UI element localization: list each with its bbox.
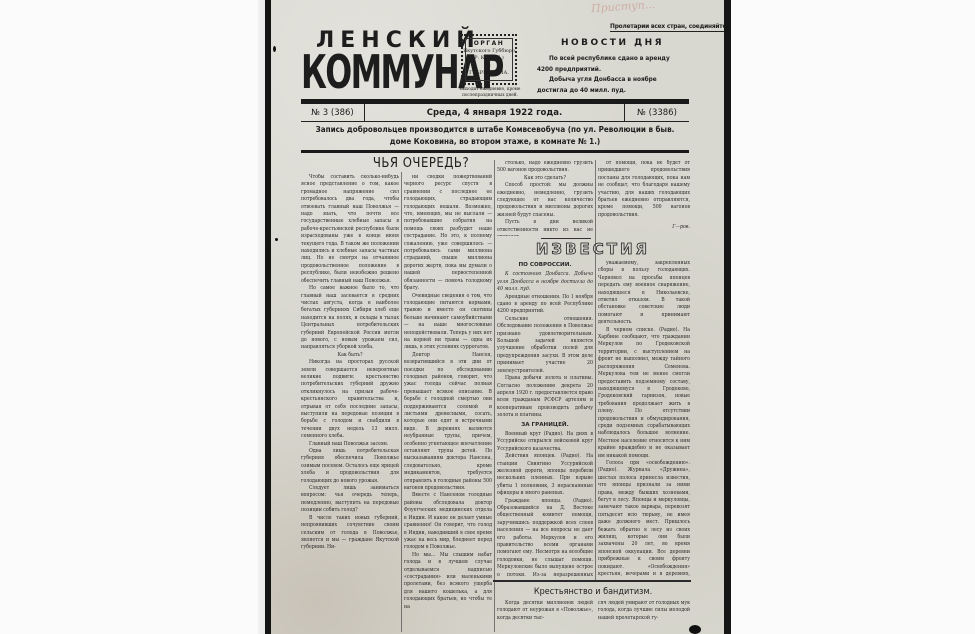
paragraph: Вместе с Нансеном голодные районы обслед… <box>404 492 492 551</box>
article-column-1: Чтобы составить сколько-нибудь ясное пре… <box>301 174 399 632</box>
paragraph: Главный наш Поволжья засеян. <box>301 441 399 448</box>
paragraph: Следует лишь заниматься вопросом: чья оч… <box>301 485 399 515</box>
slogan: Пролетарии всех стран, соединяйтесь! <box>610 22 724 32</box>
izvestiya-column-right: уважаемому, закрепленных сборы в пользу … <box>598 260 690 578</box>
izvestiya-column-left: ПО СОВРОССИИ. К состоянию Донбасса. Добы… <box>497 260 593 578</box>
paragraph: Чтобы составить сколько-нибудь ясное пре… <box>301 174 399 285</box>
section-rule <box>541 238 591 239</box>
paragraph: Но мы... Мы слышим набат голода и в лучш… <box>404 552 492 611</box>
bottom-article-column-right: сяч людей умирают от голодных мук голода… <box>598 600 690 634</box>
article-title: ЧЬЯ ОЧЕРЕДЬ? <box>351 156 491 171</box>
news-paragraph: Голоса при «освобождению». (Радио). Журн… <box>598 460 690 578</box>
publication-note: Выходит ежедневно, кроме послепраздничны… <box>458 86 522 97</box>
scan-speck <box>689 625 701 634</box>
news-paragraph: Военный круг (Радио). На днях в Уссурийс… <box>497 431 593 453</box>
organ-line: Р. К. П. (б.) <box>463 55 515 63</box>
organ-line: ГУБРЕВКОМА. <box>463 70 515 78</box>
paragraph: Доктор Нансен, возвратившийся в эти дни … <box>404 352 492 493</box>
issue-number-left: № 3 (386) <box>301 104 365 121</box>
issue-date: Среда, 4 января 1922 года. <box>365 104 625 121</box>
column-divider <box>595 160 596 580</box>
issue-number-right: № (3386) <box>625 104 689 121</box>
notice-rule <box>301 150 689 153</box>
archive-stamp: Приступ... <box>591 0 656 15</box>
article-column-2: ни сводки пожертвований черного ресурс с… <box>404 174 492 632</box>
organ-title: ОРГАН <box>463 40 515 48</box>
izvestiya-title: ИЗВЕСТИЯ <box>493 240 693 258</box>
notice-line: доме Коковина, во втором этаже, в комнат… <box>301 136 689 148</box>
paragraph: Очевидные сведения о том, что голодающие… <box>404 293 492 352</box>
paragraph: сяч людей умирают от голодных мук голода… <box>598 600 690 622</box>
issue-bar: № 3 (386) Среда, 4 января 1922 года. № (… <box>301 104 689 121</box>
scan-speck <box>275 238 278 241</box>
paragraph: Способ простой: мы должны ежедневно, нем… <box>497 182 593 219</box>
column-divider <box>494 160 495 632</box>
column-divider <box>401 172 402 632</box>
news-paragraph: В черном списке. (Радио). На Харбине соо… <box>598 327 690 460</box>
notice-line: Запись добровольцев производится в штабе… <box>301 124 689 136</box>
news-of-day-title: НОВОСТИ ДНЯ <box>561 38 664 48</box>
issue-bar-rule <box>301 121 689 122</box>
paragraph: Но самое важное было то, что главный наш… <box>301 285 399 352</box>
article-signature: Г—ров. <box>598 224 690 231</box>
bottom-article-column-left: Когда десятки миллионов людей голодают о… <box>497 600 593 634</box>
news-item: Добыча угля Донбасса в ноябре достигла д… <box>537 74 682 96</box>
scan-speck <box>273 46 276 52</box>
news-paragraph: Права добычи золота и платины. Согласно … <box>497 375 593 419</box>
section-subheading: ЗА ГРАНИЦЕЙ. <box>497 422 593 429</box>
news-paragraph: уважаемому, закрепленных сборы в пользу … <box>598 260 690 327</box>
news-paragraph: Граждане японцы. (Радио). Образовавшийся… <box>497 498 593 578</box>
organ-line: и <box>463 63 515 71</box>
news-paragraph: Арендные отношения. По 1 ноября сдано в … <box>497 294 593 316</box>
paragraph: ни сводки пожертвований черного ресурс с… <box>404 174 492 293</box>
article-column-3: столько, надо ежедневно грузить 500 ваго… <box>497 160 593 236</box>
volunteer-notice: Запись добровольцев производится в штабе… <box>301 124 689 148</box>
organ-line: Якутского Губбюро <box>463 48 515 56</box>
bottom-article-title: Крестьянство и бандитизм. <box>493 587 693 597</box>
section-subheading: ПО СОВРОССИИ. <box>497 262 593 269</box>
paragraph: Как быть? <box>301 352 399 359</box>
paragraph: Одна лишь потребительская губерния обесп… <box>301 448 399 485</box>
paragraph: В числе таких новых губерний, непроявивш… <box>301 515 399 552</box>
news-item: По всей республике сдано в аренду 4200 п… <box>537 53 682 75</box>
paragraph: Пусть в дни великой ответственности никт… <box>497 219 593 236</box>
organ-box: ОРГАН Якутского Губбюро Р. К. П. (б.) и … <box>461 34 517 85</box>
news-paragraph: Сельские отношения. Обследование положен… <box>497 316 593 375</box>
paragraph: Никогда на просторах русской земли совер… <box>301 359 399 440</box>
bottom-section-rule <box>493 580 691 582</box>
news-paragraph: К состоянию Донбасса. Добыча угля Донбас… <box>497 271 593 293</box>
scan-border-right <box>724 0 731 634</box>
paragraph: от помощи, пока не будет от пришедшего п… <box>598 160 690 219</box>
article-column-4: от помощи, пока не будет от пришедшего п… <box>598 160 690 240</box>
news-paragraph: Действия японцев. (Радио). На станции Св… <box>497 453 593 497</box>
paragraph: Когда десятки миллионов людей голодают о… <box>497 600 593 622</box>
newspaper-page: Приступ... Пролетарии всех стран, соедин… <box>271 0 724 634</box>
document-viewer: Приступ... Пролетарии всех стран, соедин… <box>0 0 975 634</box>
paragraph: столько, надо ежедневно грузить 500 ваго… <box>497 160 593 175</box>
